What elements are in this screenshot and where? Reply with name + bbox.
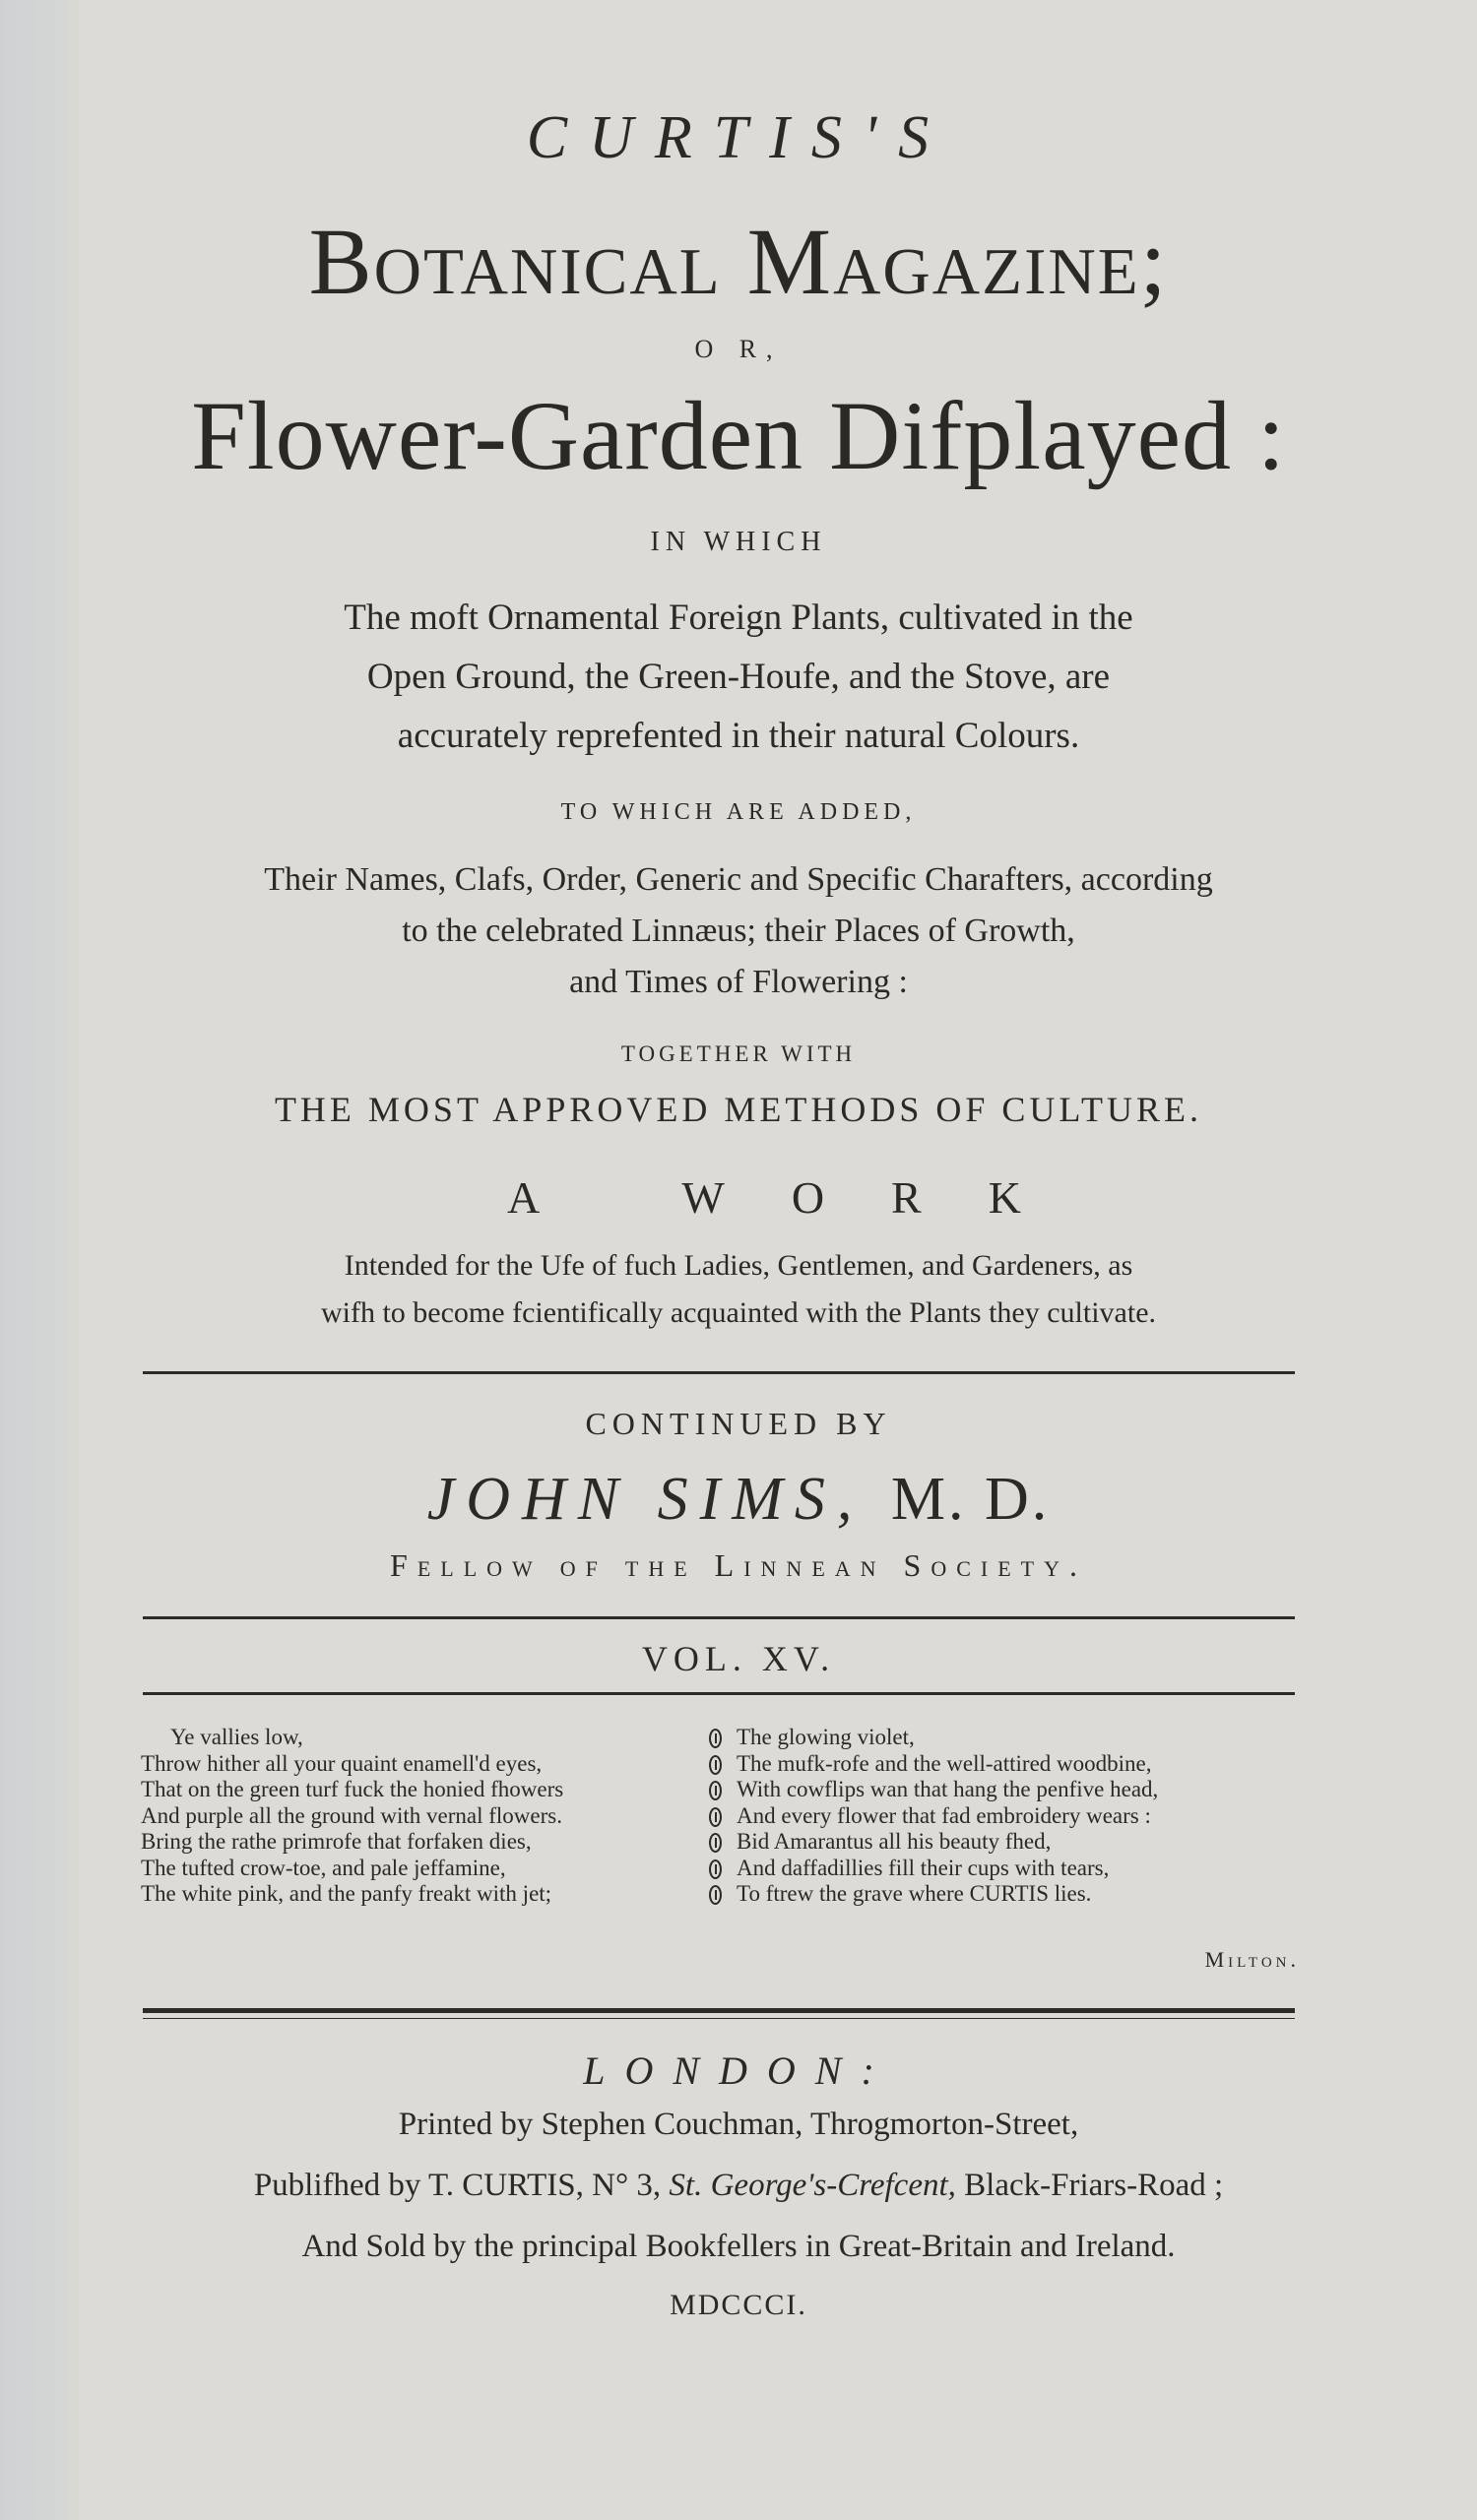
ornament-icon <box>709 1807 722 1827</box>
added-paragraph: Their Names, Clafs, Order, Generic and S… <box>0 854 1477 1008</box>
publisher-address: St. George's-Crefcent, <box>669 2168 955 2203</box>
description-line: accurately reprefented in their natural … <box>0 707 1477 766</box>
poem-line: Throw hither all your quaint enamell'd e… <box>141 1751 702 1778</box>
poem-line: To ftrew the grave where CURTIS lies. <box>737 1881 1308 1908</box>
double-rule-thick <box>143 2008 1295 2013</box>
in-which-heading: IN WHICH <box>0 527 1477 558</box>
divider-rule <box>143 1616 1295 1619</box>
author-line: JOHN SIMS, M. D. <box>0 1465 1477 1535</box>
series-name: CURTIS'S <box>0 103 1477 173</box>
together-with-heading: TOGETHER WITH <box>0 1041 1477 1067</box>
description-line: Open Ground, the Green-Houfe, and the St… <box>0 648 1477 707</box>
poem-line: Bring the rathe primrofe that forfaken d… <box>141 1829 702 1856</box>
added-line: to the celebrated Linnæus; their Places … <box>0 906 1477 957</box>
epigraph-attribution: Milton. <box>1205 1947 1300 1973</box>
poem-line: With cowflips wan that hang the penfive … <box>737 1777 1308 1803</box>
description-line: The moft Ornamental Foreign Plants, cult… <box>0 589 1477 648</box>
ornament-icon <box>709 1729 722 1748</box>
main-title: Botanical Magazine; <box>0 207 1477 316</box>
to-which-added-heading: TO WHICH ARE ADDED, <box>0 799 1477 826</box>
double-rule-thin <box>143 2018 1295 2019</box>
author-degree: M. D. <box>891 1466 1050 1533</box>
ornament-icon <box>709 1885 722 1905</box>
ornament-icon <box>709 1859 722 1879</box>
sold-by-line: And Sold by the principal Bookfellers in… <box>0 2229 1477 2265</box>
divider-rule <box>143 1692 1295 1695</box>
poem-line: The white pink, and the panfy freakt wit… <box>141 1881 702 1908</box>
a-work-heading: A WORK <box>0 1171 1477 1224</box>
intended-line: Intended for the Ufe of fuch Ladies, Gen… <box>0 1242 1477 1290</box>
publisher-line: Publifhed by T. CURTIS, N° 3, St. George… <box>0 2168 1477 2204</box>
publisher-road: Black-Friars-Road ; <box>964 2168 1223 2203</box>
poem-line: The tufted crow-toe, and pale jeffamine, <box>141 1856 702 1882</box>
poem-line: That on the green turf fuck the honied f… <box>141 1777 702 1803</box>
methods-line: THE MOST APPROVED METHODS OF CULTURE. <box>0 1089 1477 1130</box>
continued-by-heading: CONTINUED BY <box>0 1406 1477 1442</box>
poem-line: Bid Amarantus all his beauty fhed, <box>737 1829 1308 1856</box>
or-connector: O R, <box>0 335 1477 364</box>
publication-date: MDCCCI. <box>0 2289 1477 2322</box>
added-line: Their Names, Clafs, Order, Generic and S… <box>0 854 1477 906</box>
added-line: and Times of Flowering : <box>0 957 1477 1008</box>
ornament-icon <box>709 1755 722 1775</box>
printer-line: Printed by Stephen Couchman, Throgmorton… <box>0 2107 1477 2143</box>
ornament-column <box>703 1729 727 1912</box>
description-paragraph: The moft Ornamental Foreign Plants, cult… <box>0 589 1477 766</box>
poem-line: And purple all the ground with vernal fl… <box>141 1803 702 1830</box>
intended-paragraph: Intended for the Ufe of fuch Ladies, Gen… <box>0 1242 1477 1337</box>
poem-line: And daffadillies fill their cups with te… <box>737 1856 1308 1882</box>
ornament-icon <box>709 1833 722 1853</box>
poem-line: Ye vallies low, <box>141 1725 702 1751</box>
volume-number: VOL. XV. <box>0 1638 1477 1679</box>
ornament-icon <box>709 1781 722 1800</box>
publisher-name: Publifhed by T. CURTIS, N° 3, <box>254 2168 661 2203</box>
author-name: JOHN SIMS, <box>427 1466 865 1533</box>
divider-rule <box>143 1371 1295 1374</box>
poem-line: The mufk-rofe and the well-attired woodb… <box>737 1751 1308 1778</box>
imprint-city: LONDON: <box>0 2047 1477 2094</box>
epigraph-right-column: The glowing violet, The mufk-rofe and th… <box>737 1725 1308 1908</box>
poem-line: And every flower that fad embroidery wea… <box>737 1803 1308 1830</box>
epigraph-left-column: Ye vallies low, Throw hither all your qu… <box>141 1725 702 1908</box>
intended-line: wifh to become fcientifically acquainted… <box>0 1290 1477 1337</box>
poem-line: The glowing violet, <box>737 1725 1308 1751</box>
author-affiliation: Fellow of the Linnean Society. <box>0 1547 1477 1584</box>
subtitle: Flower-Garden Difplayed : <box>0 379 1477 492</box>
